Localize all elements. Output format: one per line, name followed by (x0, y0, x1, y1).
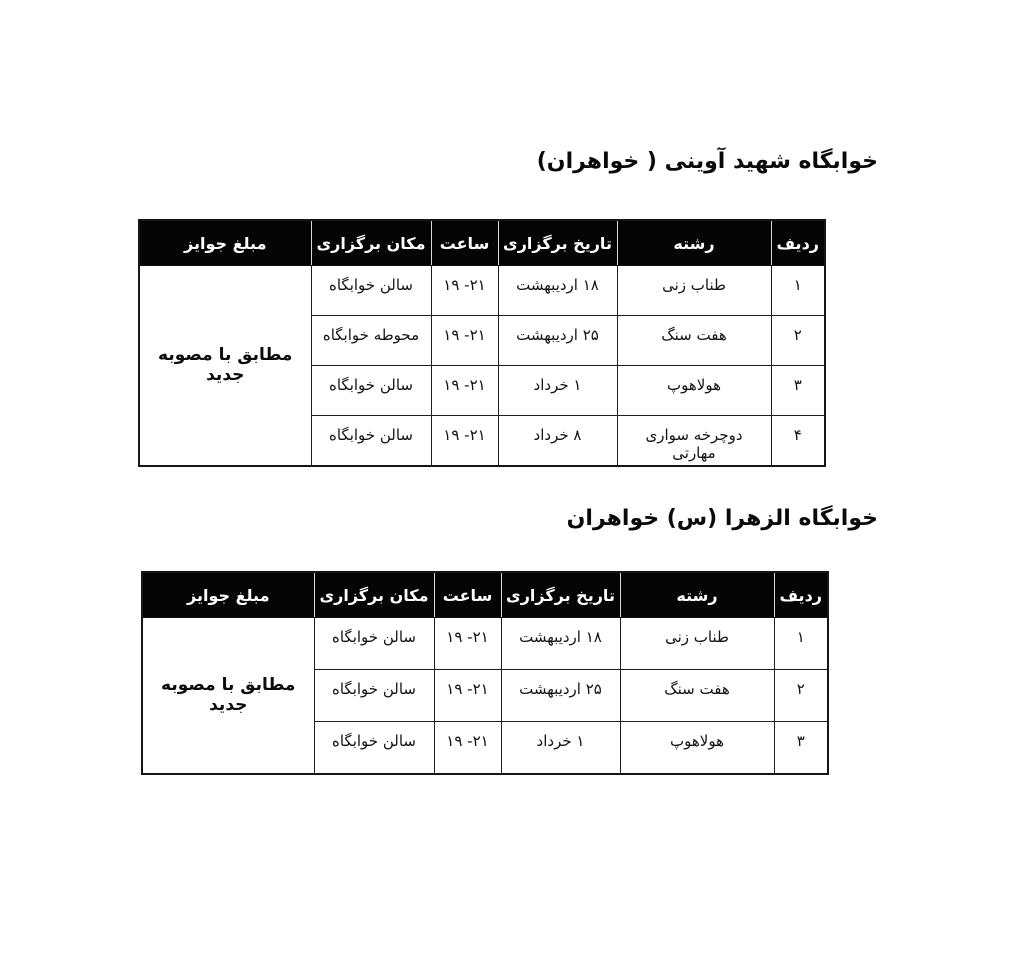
column-header-field: رشته (617, 220, 771, 266)
column-header-date: تاریخ برگزاری (498, 220, 617, 266)
cell-venue: سالن خوابگاه (311, 266, 431, 316)
header-row: ردیف رشته تاریخ برگزاری ساعت مکان برگزار… (139, 220, 825, 266)
cell-field: طناب زنی (617, 266, 771, 316)
cell-date: ۱۸ اردیبهشت (501, 618, 620, 670)
cell-prize-merged: مطابق با مصوبه جدید (142, 618, 314, 774)
cell-date: ۱ خرداد (498, 366, 617, 416)
table-row: ۱ طناب زنی ۱۸ اردیبهشت ۲۱- ۱۹ سالن خوابگ… (142, 618, 828, 670)
cell-venue: سالن خوابگاه (314, 670, 434, 722)
cell-time: ۲۱- ۱۹ (431, 316, 498, 366)
cell-date: ۱۸ اردیبهشت (498, 266, 617, 316)
cell-field: هولاهوپ (617, 366, 771, 416)
cell-field: طناب زنی (620, 618, 774, 670)
cell-field: دوچرخه سواری مهارتی (617, 416, 771, 466)
cell-venue: سالن خوابگاه (311, 366, 431, 416)
cell-row-number: ۲ (771, 316, 825, 366)
cell-venue: سالن خوابگاه (314, 722, 434, 774)
document-page: خوابگاه شهید آوینی ( خواهران) ردیف رشته … (0, 0, 1024, 966)
cell-field: هفت سنگ (620, 670, 774, 722)
column-header-time: ساعت (431, 220, 498, 266)
cell-prize-merged: مطابق با مصوبه جدید (139, 266, 311, 466)
column-header-time: ساعت (434, 572, 501, 618)
cell-venue: محوطه خوابگاه (311, 316, 431, 366)
cell-venue: سالن خوابگاه (311, 416, 431, 466)
cell-date: ۲۵ اردیبهشت (501, 670, 620, 722)
column-header-prize: مبلغ جوایز (139, 220, 311, 266)
cell-row-number: ۴ (771, 416, 825, 466)
column-header-field: رشته (620, 572, 774, 618)
column-header-row-number: ردیف (771, 220, 825, 266)
cell-time: ۲۱- ۱۹ (434, 722, 501, 774)
section-title-alzahra-dormitory: خوابگاه الزهرا (س) خواهران (567, 506, 878, 531)
column-header-venue: مکان برگزاری (311, 220, 431, 266)
cell-date: ۱ خرداد (501, 722, 620, 774)
column-header-date: تاریخ برگزاری (501, 572, 620, 618)
table-row: ۱ طناب زنی ۱۸ اردیبهشت ۲۱- ۱۹ سالن خوابگ… (139, 266, 825, 316)
cell-time: ۲۱- ۱۹ (431, 266, 498, 316)
cell-venue: سالن خوابگاه (314, 618, 434, 670)
cell-field: هولاهوپ (620, 722, 774, 774)
cell-row-number: ۳ (771, 366, 825, 416)
cell-field: هفت سنگ (617, 316, 771, 366)
cell-time: ۲۱- ۱۹ (434, 618, 501, 670)
cell-date: ۲۵ اردیبهشت (498, 316, 617, 366)
column-header-row-number: ردیف (774, 572, 828, 618)
schedule-table-alzahra: ردیف رشته تاریخ برگزاری ساعت مکان برگزار… (141, 571, 829, 775)
cell-time: ۲۱- ۱۹ (434, 670, 501, 722)
column-header-prize: مبلغ جوایز (142, 572, 314, 618)
cell-row-number: ۳ (774, 722, 828, 774)
section-title-avini-dormitory: خوابگاه شهید آوینی ( خواهران) (537, 149, 878, 174)
cell-row-number: ۱ (771, 266, 825, 316)
cell-row-number: ۲ (774, 670, 828, 722)
column-header-venue: مکان برگزاری (314, 572, 434, 618)
cell-date: ۸ خرداد (498, 416, 617, 466)
cell-time: ۲۱- ۱۹ (431, 416, 498, 466)
cell-time: ۲۱- ۱۹ (431, 366, 498, 416)
schedule-table-avini: ردیف رشته تاریخ برگزاری ساعت مکان برگزار… (138, 219, 826, 467)
cell-row-number: ۱ (774, 618, 828, 670)
header-row: ردیف رشته تاریخ برگزاری ساعت مکان برگزار… (142, 572, 828, 618)
